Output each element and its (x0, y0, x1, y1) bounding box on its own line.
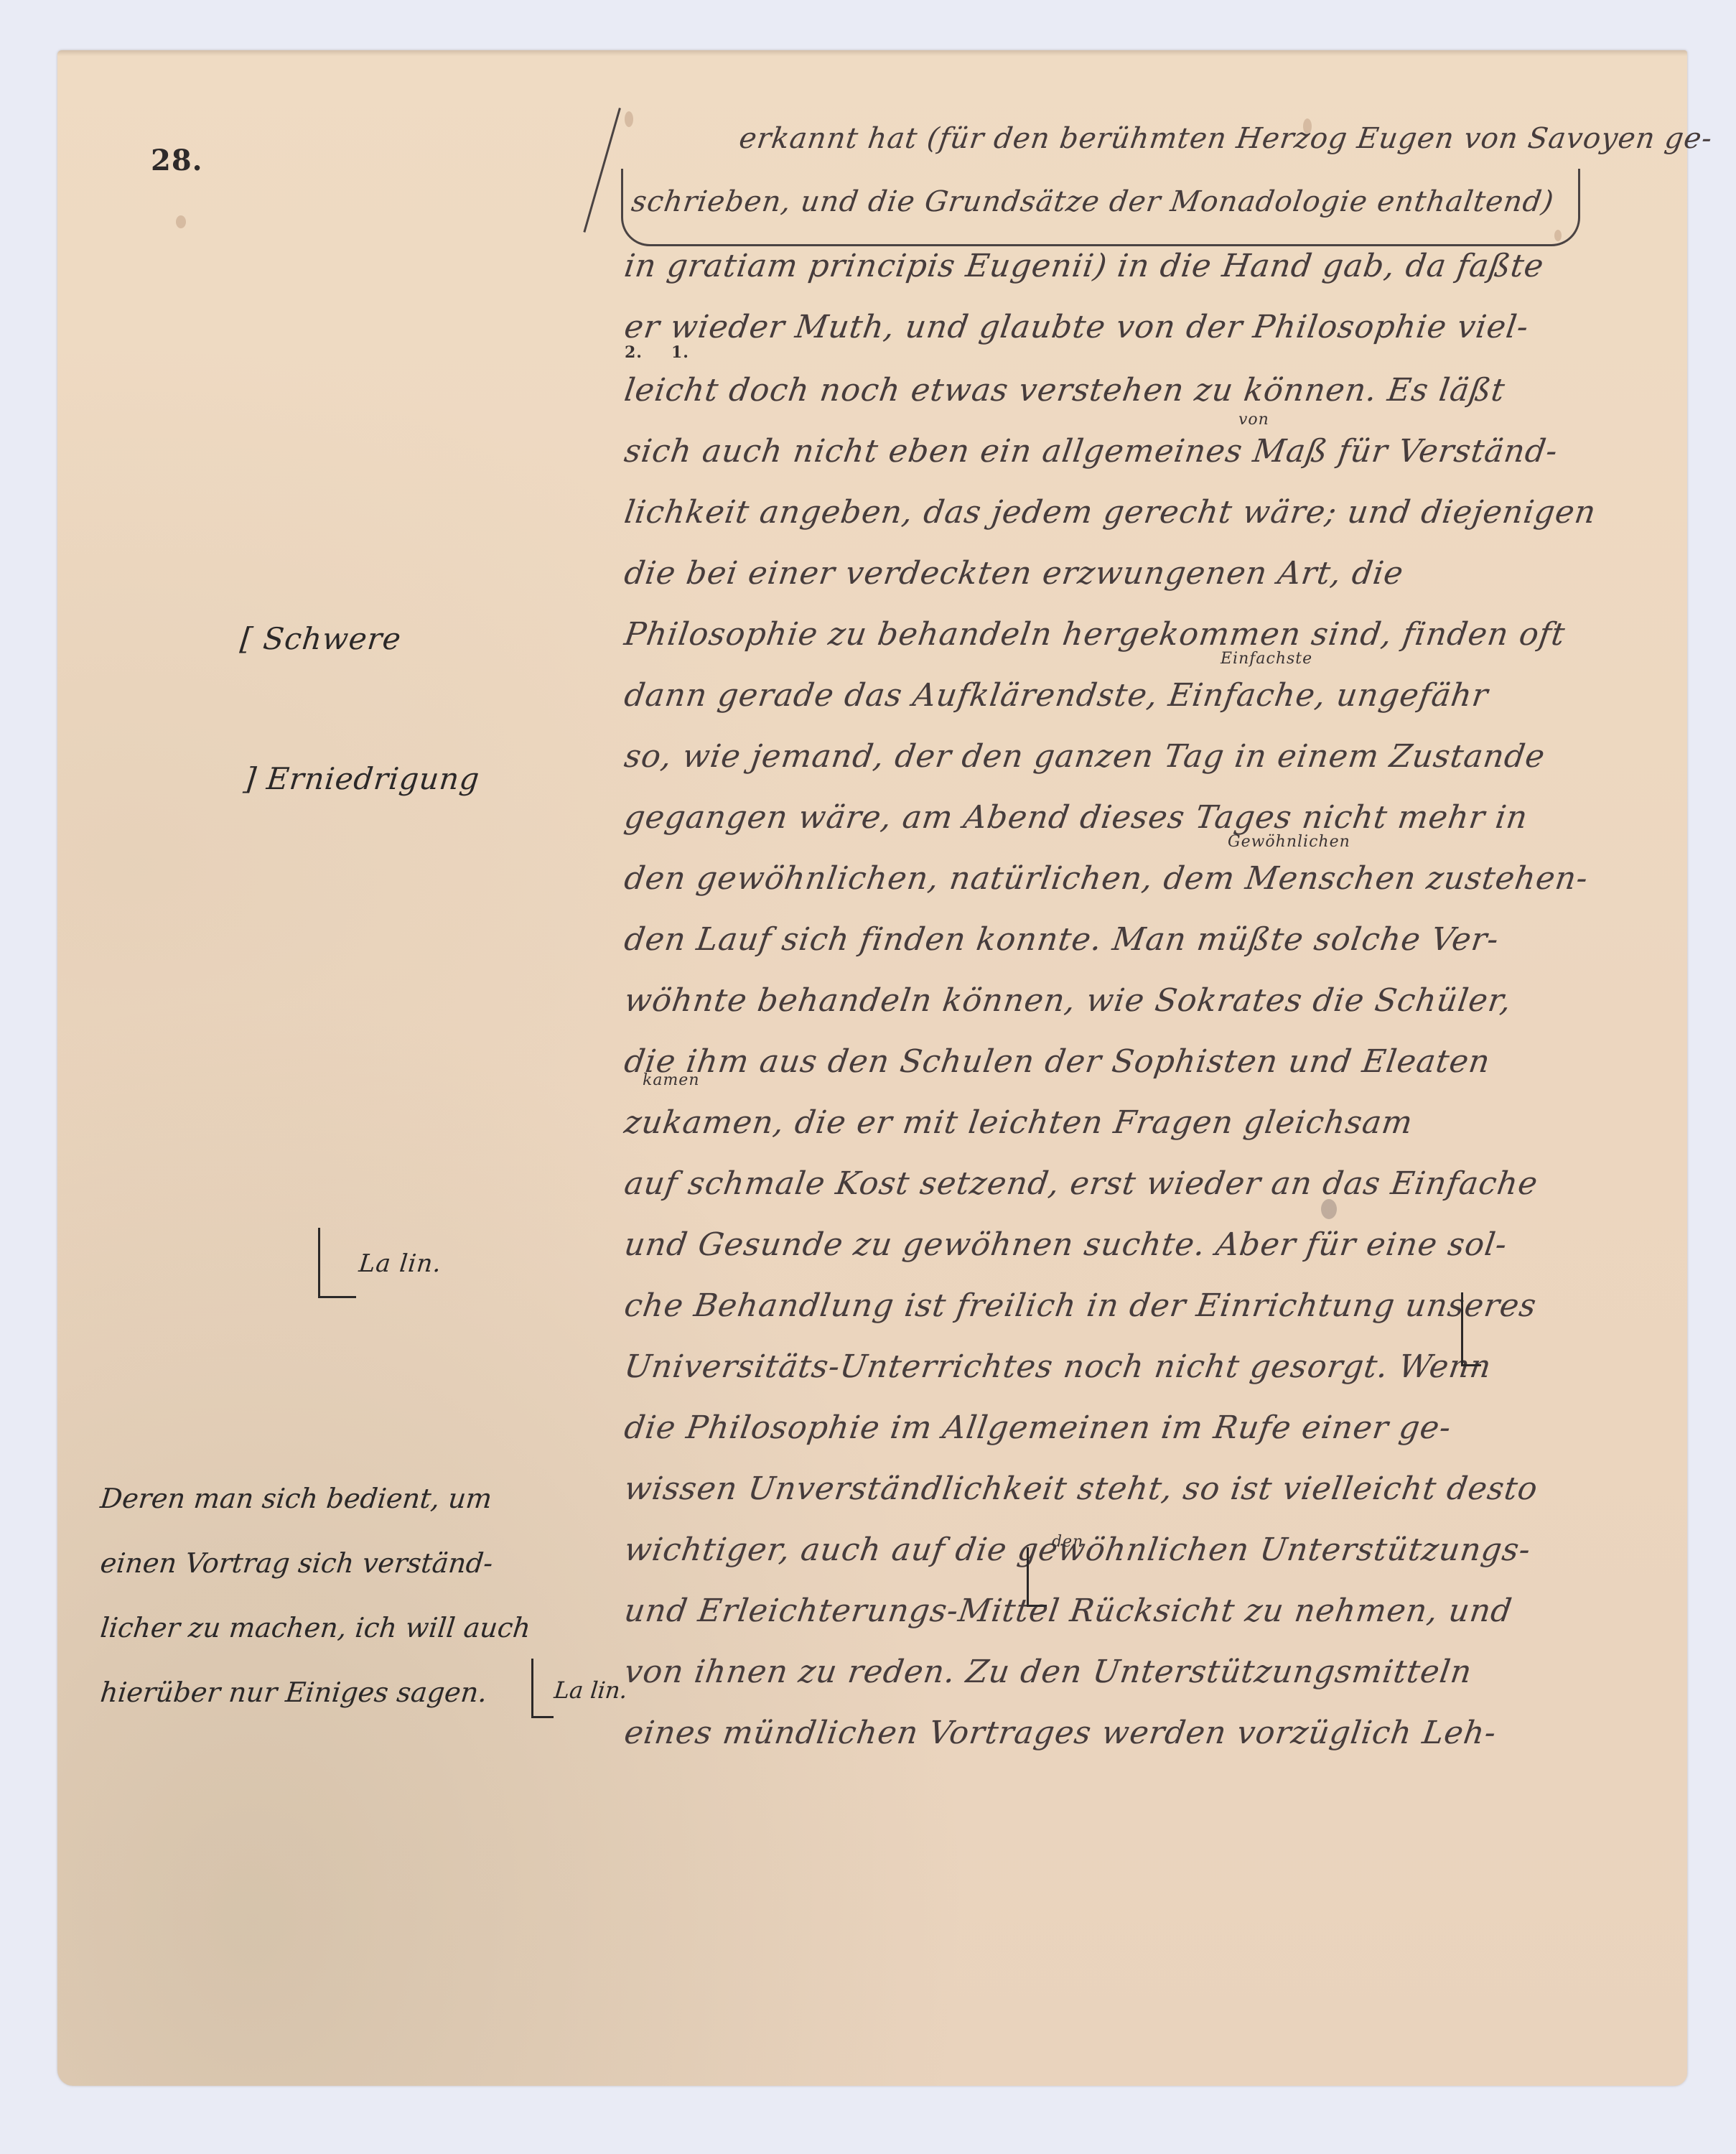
bracket-marker: ] (242, 761, 258, 796)
margin-note-end-marker: La lin. (553, 1677, 629, 1704)
margin-note-la-lin: La lin. (358, 1249, 443, 1278)
interlinear-insertion: kamen (643, 1071, 700, 1089)
insertion-mark-l (318, 1228, 356, 1298)
page-number: 28. (151, 144, 203, 177)
interlinear-insertion: den (1052, 1533, 1083, 1551)
margin-note-line: hierüber nur Einiges sagen. (99, 1677, 489, 1708)
margin-note-line: licher zu machen, ich will auch (99, 1612, 532, 1644)
line-number: 1. (671, 343, 689, 362)
interlinear-insertion: Gewöhnlichen (1228, 833, 1350, 851)
text-line: wöhnte behandeln können, wie Sokrates di… (622, 982, 1513, 1019)
ink-smudge (1321, 1199, 1337, 1219)
text-line: in gratiam principis Eugenii) in die Han… (622, 248, 1546, 284)
paper-stain (625, 111, 633, 127)
text-line: und Erleichterungs-Mittel Rücksicht zu n… (622, 1593, 1514, 1629)
text-line: so, wie jemand, der den ganzen Tag in ei… (622, 738, 1547, 775)
text-line: von ihnen zu reden. Zu den Unterstützung… (622, 1654, 1474, 1690)
text-line: den gewöhnlichen, natürlichen, dem Mensc… (622, 860, 1590, 897)
text-line: schrieben, und die Grundsätze der Monado… (630, 185, 1557, 218)
text-line: den Lauf sich finden konnte. Man müßte s… (622, 921, 1501, 958)
interlinear-insertion: Einfachste (1221, 650, 1312, 668)
text-line: die bei einer verdeckten erzwungenen Art… (622, 555, 1406, 592)
margin-note-erniedrigung: ] Erniedrigung (242, 761, 481, 796)
text-line: sich auch nicht eben ein allgemeines Maß… (622, 433, 1560, 470)
insertion-mark-l (1027, 1547, 1047, 1607)
text-line: die Philosophie im Allgemeinen im Rufe e… (622, 1409, 1453, 1446)
text-line: wissen Unverständlichkeit steht, so ist … (622, 1470, 1540, 1507)
line-number: 2. (625, 343, 643, 362)
margin-note-line: Deren man sich bedient, um (99, 1483, 494, 1514)
paper-stain (176, 215, 186, 228)
text-line: Universitäts-Unterrichtes noch nicht ges… (622, 1348, 1493, 1385)
margin-note-line: einen Vortrag sich verständ- (99, 1547, 495, 1579)
text-line: auf schmale Kost setzend, erst wieder an… (622, 1165, 1540, 1202)
insertion-mark-l (1461, 1292, 1481, 1366)
text-line: er wieder Muth, und glaubte von der Phil… (622, 309, 1531, 345)
bracket-marker: [ (238, 621, 255, 656)
text-line: eines mündlichen Vortrages werden vorzüg… (622, 1715, 1498, 1751)
text-line: Philosophie zu behandeln hergekommen sin… (622, 616, 1567, 653)
interlinear-insertion: von (1238, 411, 1269, 429)
text-line: leicht doch noch etwas verstehen zu könn… (622, 372, 1507, 409)
insertion-mark-l (531, 1659, 554, 1718)
text-line: dann gerade das Aufklärendste, Einfache,… (622, 677, 1490, 714)
text-line: che Behandlung ist freilich in der Einri… (622, 1287, 1539, 1324)
text-line: erkannt hat (für den berühmten Herzog Eu… (737, 122, 1714, 155)
text-line: lichkeit angeben, das jedem gerecht wäre… (622, 494, 1598, 531)
text-line: zukamen, die er mit leichten Fragen glei… (622, 1104, 1415, 1141)
margin-note-schwere: [ Schwere (238, 621, 403, 656)
text-line: und Gesunde zu gewöhnen suchte. Aber für… (622, 1226, 1509, 1263)
text-line: gegangen wäre, am Abend dieses Tages nic… (622, 799, 1530, 836)
text-line: die ihm aus den Schulen der Sophisten un… (622, 1043, 1493, 1080)
